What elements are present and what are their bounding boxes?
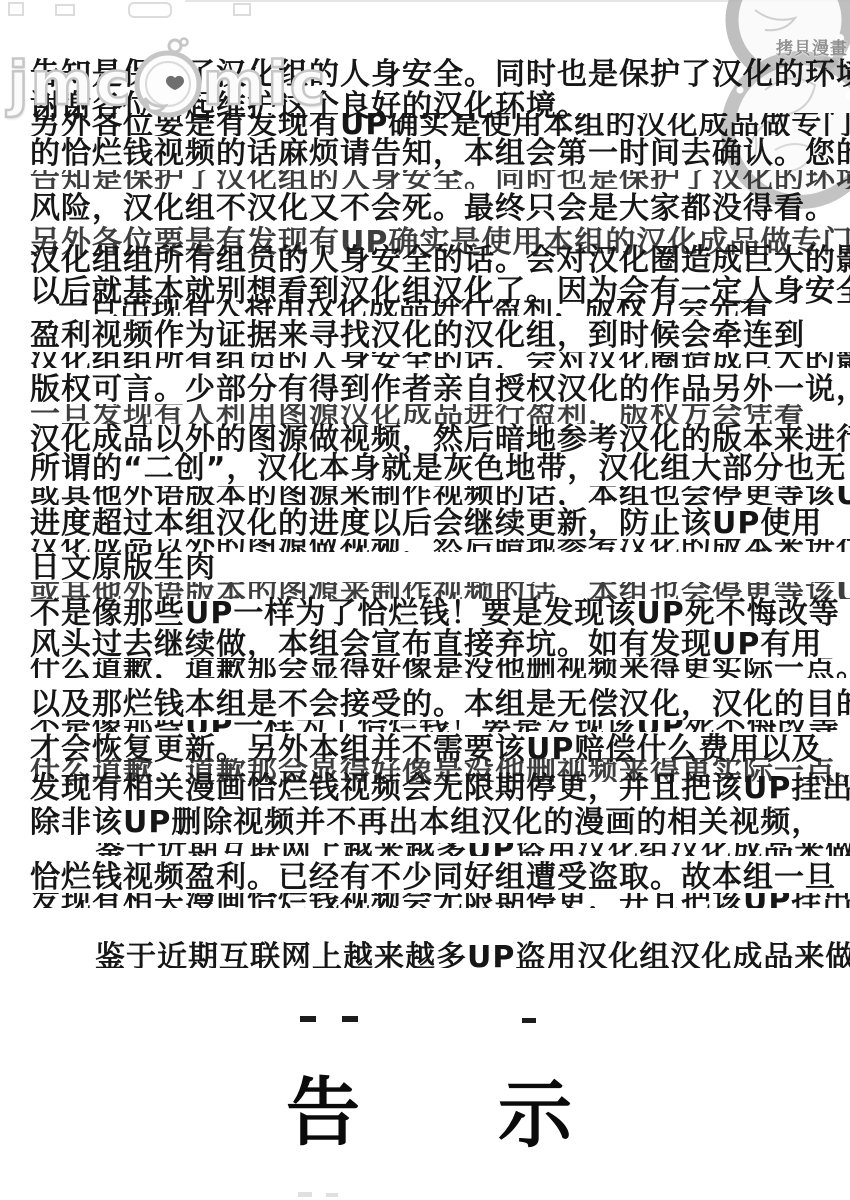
notice-text-line: 所谓的“二创”，汉化本身就是灰色地带，汉化组大部分也无 <box>30 452 846 485</box>
notice-text-line: 汉化组组所有组员的人身安全的话。会对汉化圈造成巨大的影响， <box>30 244 850 277</box>
notice-text-line: 发现有相关漫画恰烂钱视频会无限期停更，并且把该UP挂出来， <box>30 772 850 805</box>
notice-text-line: 进度超过本组汉化的进度以后会继续更新，防止该UP使用 <box>30 507 822 540</box>
cut-text-fragment <box>522 1018 536 1023</box>
site-logo-text-left: jmc <box>8 54 133 114</box>
notice-text-line-cropped: 什么道歉，道歉那会显得好像是没他删视频来得更实际一点。 <box>30 658 850 678</box>
cut-text-fragment <box>300 1016 316 1022</box>
notice-text-line-cropped: 一旦出现有人将用汉化成品进行盈利，版权方会先看 <box>58 299 771 316</box>
site-logo: jmc mic <box>8 40 327 128</box>
notice-text-line-cropped: 汉化组组所有组员的人身安全的话，会对汉化圈造成巨大的影响 <box>30 352 850 368</box>
notice-text-line: 版权可言。少部分有得到作者亲自授权汉化的作品另外一说， <box>30 373 850 406</box>
notice-text-line: 以及那烂钱本组是不会接受的。本组是无偿汉化，汉化的目的 <box>30 688 850 721</box>
cut-text-fragment <box>342 1016 358 1022</box>
cut-text-fragment <box>298 1192 312 1197</box>
notice-text-line: 风险，汉化组不汉化又不会死。最终只会是大家都没得看。 <box>30 192 836 225</box>
notice-text-line-cropped: 一旦发现有人利用图源汉化成品进行盈利，版权方会凭着 <box>30 404 805 424</box>
notice-text-line-cropped: 发现有相关漫画恰烂钱视频会无限期停更，并且把该UP挂出来 <box>30 893 850 908</box>
notice-text-line: 不是像那些UP一样为了恰烂钱！要是发现该UP死不悔改等 <box>30 597 840 630</box>
cut-text-fragment <box>326 1193 338 1197</box>
notice-text-line-cropped: 不是像那些UP一样为了恰烂钱！要是发现该UP死不悔改等 <box>30 720 840 732</box>
notice-body: 告知是保护了汉化组的人身安全。同时也是保护了汉化的环境 谢谢各位一起维护这个良好… <box>0 0 850 1200</box>
site-logo-text-right: mic <box>203 54 328 114</box>
notice-text-line: 风头过去继续做，本组会宣布直接弃坑。如有发现UP有用 <box>30 628 822 661</box>
notice-text-line-cropped: 鉴于近期互联网上越来越多UP盗用汉化组汉化成品来做相关 <box>95 941 850 968</box>
notice-text-line-cropped: 或其他外语版本的图源来制作视频的话，本组也会停更等该UP的 <box>30 486 850 505</box>
comic-page[interactable]: 拷貝漫畫 jmc mic 告知是保护了汉化组的人身安全。同时也是保护了汉化的环境… <box>0 0 850 1200</box>
notice-text-line-cropped: 鉴于近期互联网上越来越多UP盗用汉化组汉化成品来做相关 <box>95 843 850 856</box>
notice-text-line-cropped: 告知是保护了汉化组的人身安全。同时也是保护了汉化的环境 <box>30 170 850 189</box>
notice-title-right: 示 <box>498 1078 572 1152</box>
notice-text-line: 除非该UP删除视频并不再出本组汉化的漫画的相关视频， <box>30 806 822 839</box>
notice-text-line: 的恰烂钱视频的话麻烦请告知，本组会第一时间去确认。您的 <box>30 137 850 170</box>
notice-text-line: 日文原版生肉 <box>30 551 216 584</box>
notice-text-line: 恰烂钱视频盈利。已经有不少同好组遭受盗取。故本组一旦 <box>30 861 836 894</box>
mascot-icon <box>131 36 205 124</box>
notice-title-left: 告 <box>286 1076 360 1150</box>
notice-text-line: 盈利视频作为证据来寻找汉化的汉化组，到时候会牵连到 <box>30 319 805 352</box>
